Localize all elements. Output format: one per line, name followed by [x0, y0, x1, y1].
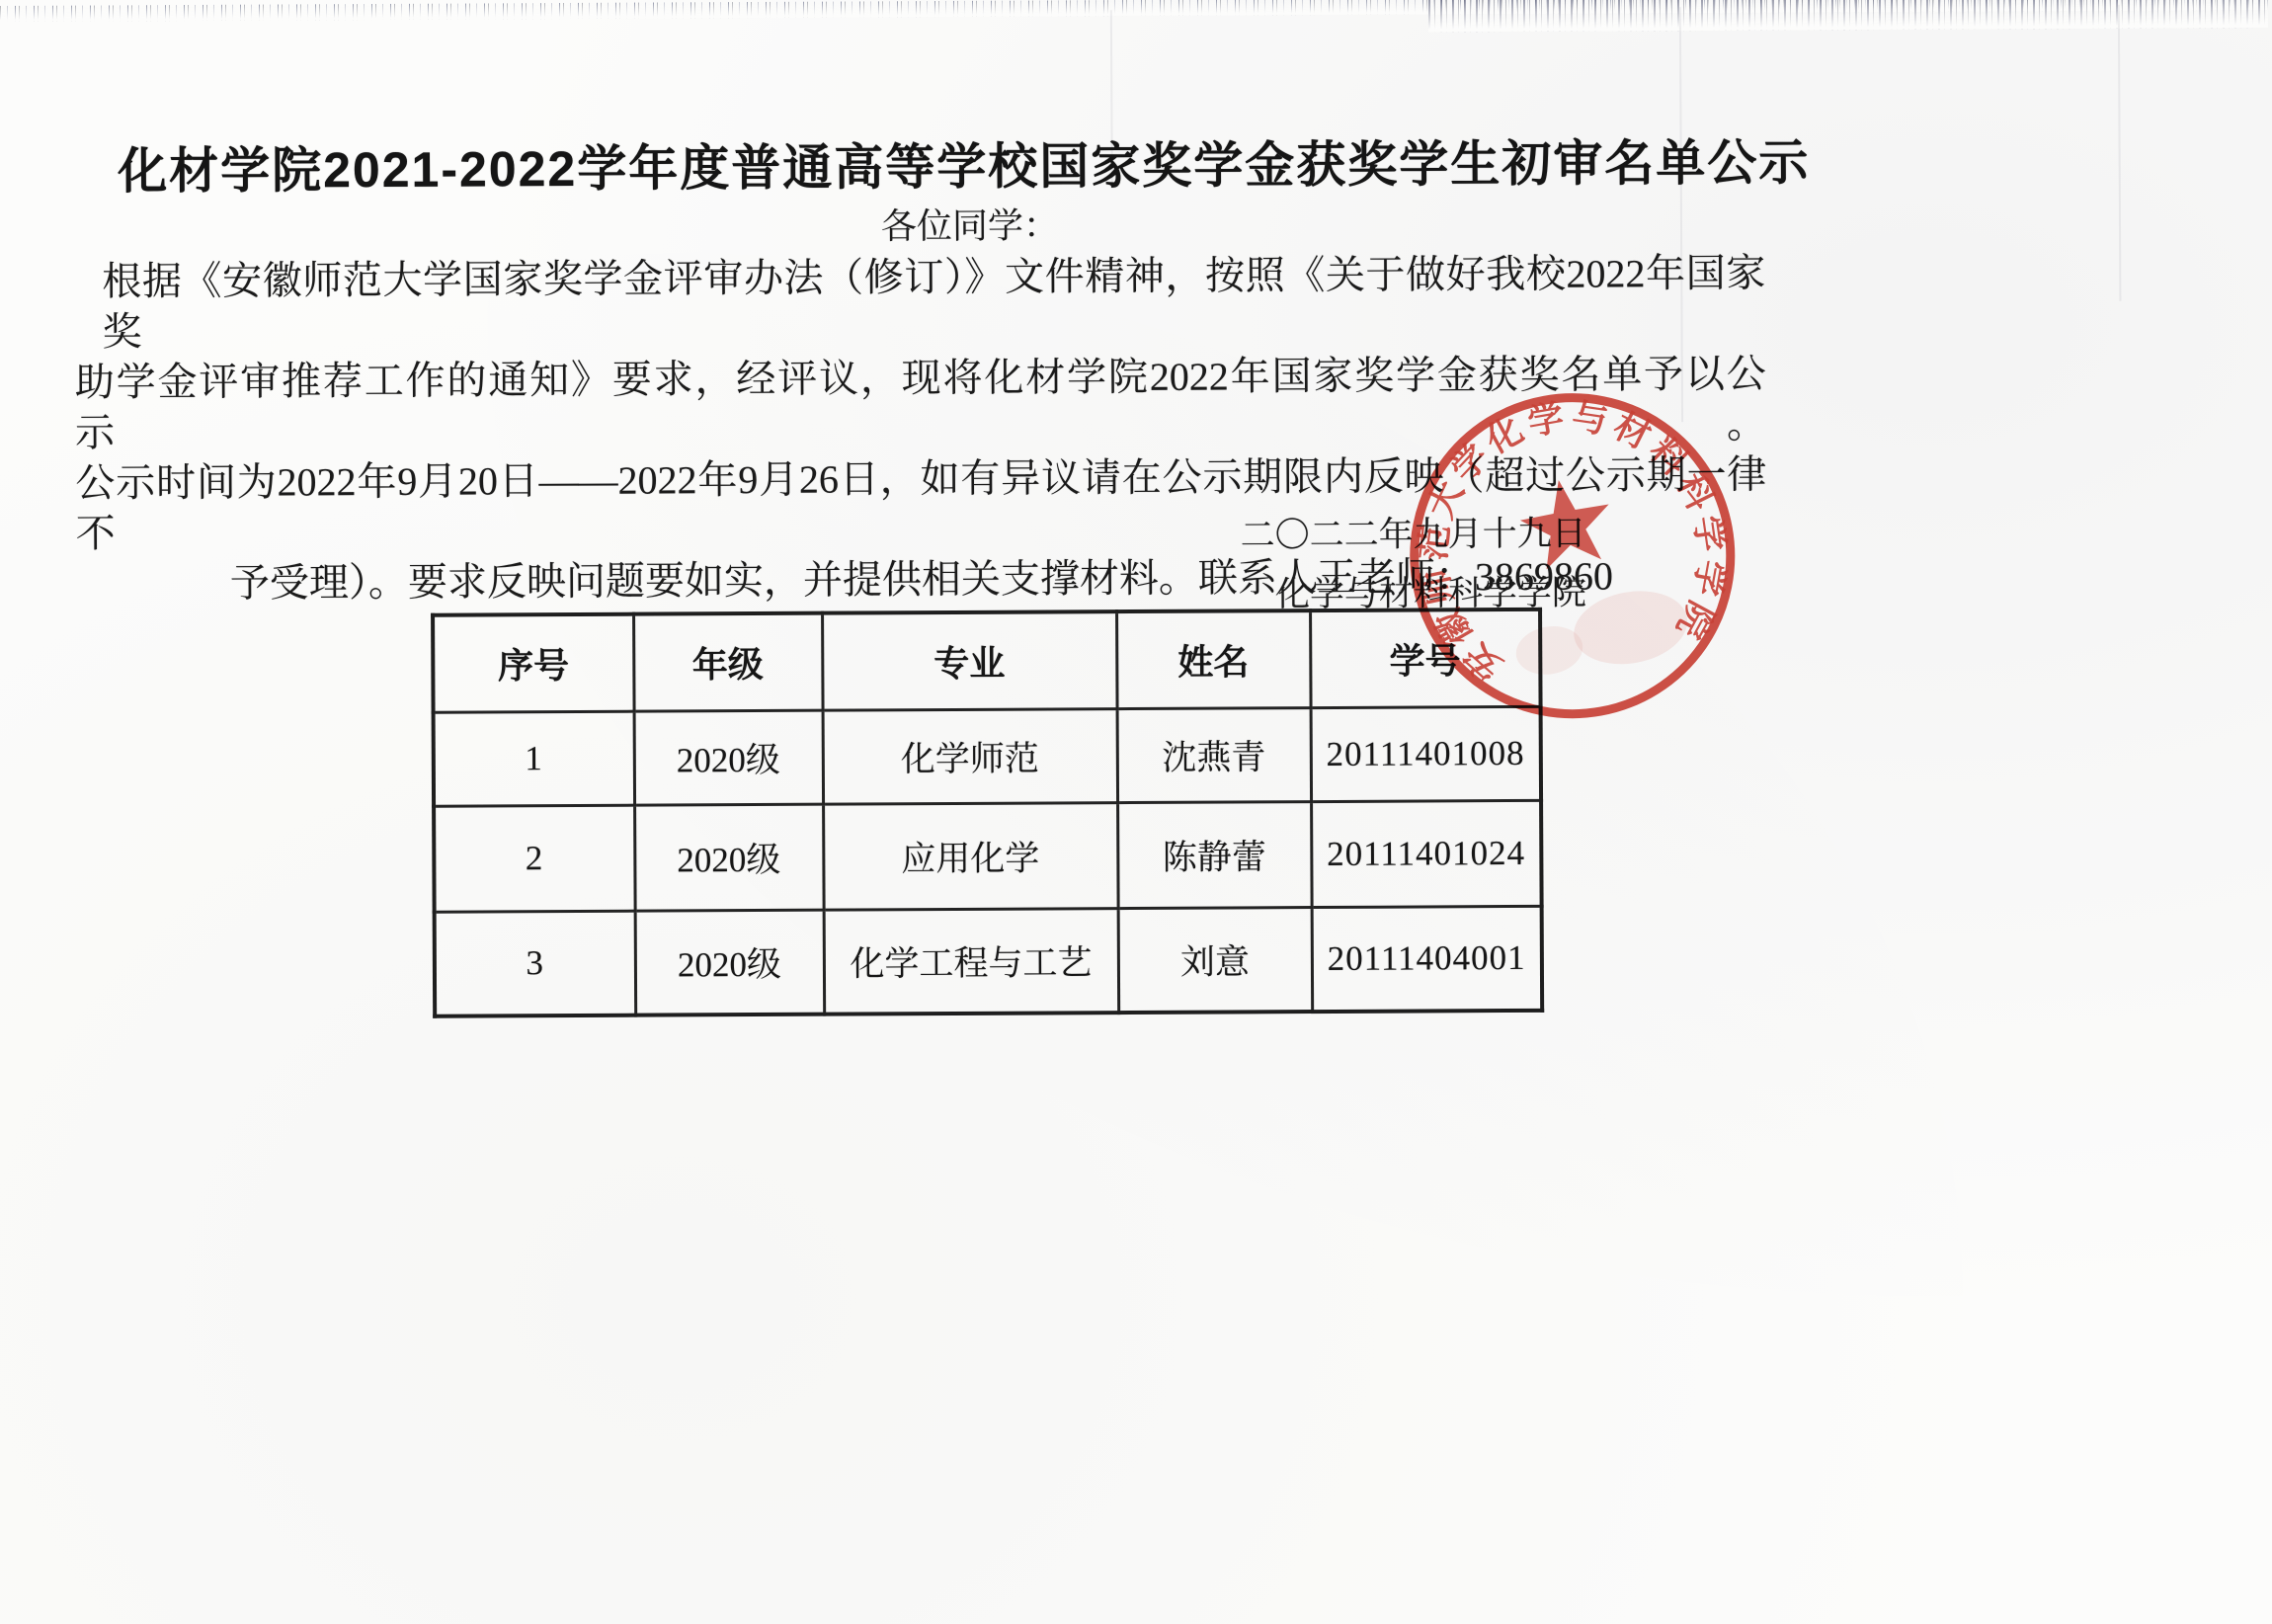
official-red-seal: 安徽师范大学化学与材料科学学院 [1365, 349, 1779, 763]
star-icon [1514, 472, 1618, 573]
scanned-document-page: 化材学院2021-2022学年度普通高等学校国家奖学金获奖学生初审名单公示 各位… [0, 0, 2272, 1624]
table-header-row: 序号 年级 专业 姓名 学号 [433, 609, 1541, 712]
award-table: 序号 年级 专业 姓名 学号 1 2020级 化学师范 沈燕青 20111401… [431, 608, 1544, 1018]
cell-major: 化学师范 [823, 709, 1117, 805]
cell-grade: 2020级 [634, 804, 824, 911]
cell-index: 3 [435, 911, 636, 1016]
table-row: 2 2020级 应用化学 陈静蕾 20111401024 [434, 800, 1542, 912]
greeting-line: 各位同学： [0, 194, 1943, 254]
document-title: 化材学院2021-2022学年度普通高等学校国家奖学金获奖学生初审名单公示 [0, 122, 1931, 203]
cell-index: 1 [434, 711, 634, 806]
paragraph-line: 根据《安徽师范大学国家奖学金评审办法（修订）》文件精神，按照《关于做好我校202… [74, 248, 1766, 358]
cell-student-id: 20111401024 [1311, 800, 1542, 907]
cell-major: 化学工程与工艺 [824, 909, 1119, 1015]
cell-name: 刘意 [1118, 908, 1313, 1014]
table-row: 1 2020级 化学师范 沈燕青 20111401008 [434, 706, 1541, 806]
col-header-grade: 年级 [633, 613, 823, 711]
col-header-index: 序号 [433, 614, 634, 713]
cell-name: 陈静蕾 [1117, 802, 1312, 909]
col-header-major: 专业 [822, 611, 1117, 710]
cell-index: 2 [434, 805, 635, 912]
cell-student-id: 20111404001 [1312, 906, 1543, 1012]
col-header-name: 姓名 [1116, 610, 1311, 709]
table-row: 3 2020级 化学工程与工艺 刘意 20111404001 [435, 906, 1543, 1015]
cell-grade: 2020级 [634, 710, 823, 805]
cell-name: 沈燕青 [1117, 708, 1311, 803]
cell-grade: 2020级 [635, 910, 825, 1015]
cell-major: 应用化学 [823, 803, 1118, 911]
document-content: 化材学院2021-2022学年度普通高等学校国家奖学金获奖学生初审名单公示 各位… [0, 0, 2272, 1624]
scanner-noise-band-right [1428, 0, 2268, 32]
scan-streak [2118, 5, 2122, 301]
